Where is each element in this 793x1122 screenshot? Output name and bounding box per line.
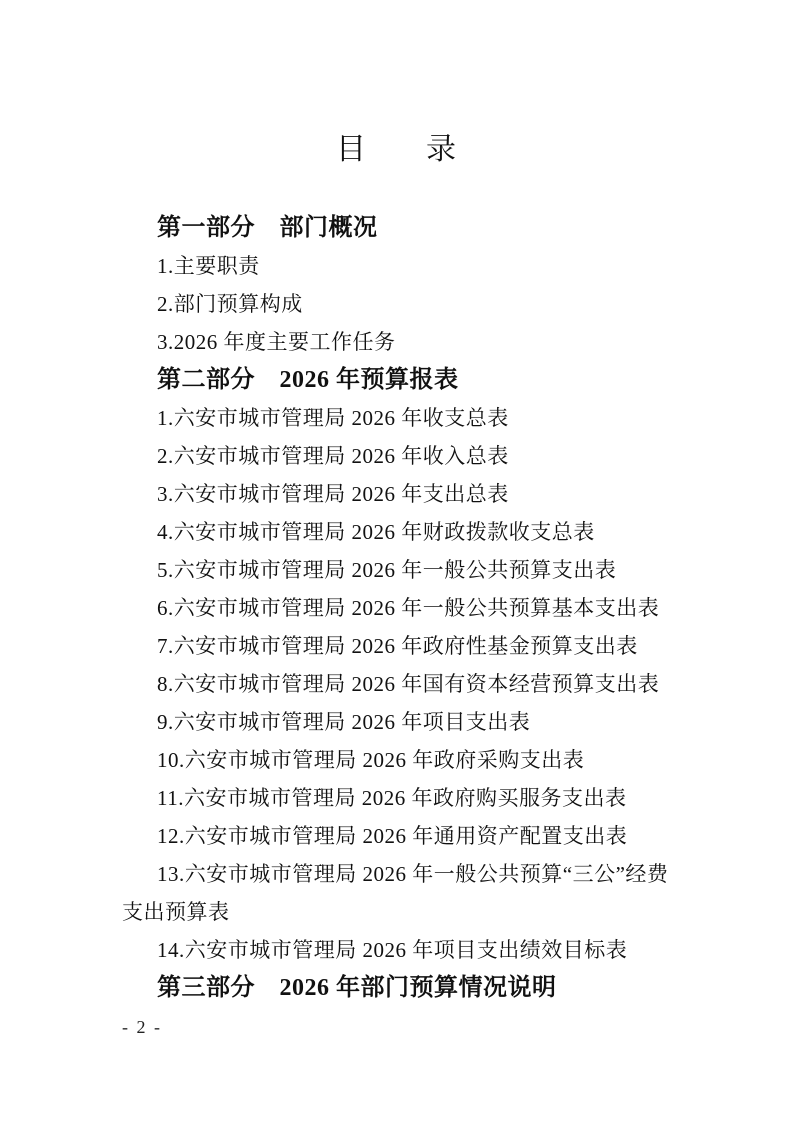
toc-item-part1-2: 2.部门预算构成 xyxy=(122,285,670,323)
toc-item-part2-13: 13.六安市城市管理局 2026 年一般公共预算“三公”经费支出预算表 xyxy=(122,855,670,931)
toc-item-part2-7: 7.六安市城市管理局 2026 年政府性基金预算支出表 xyxy=(122,627,670,665)
toc-item-part2-10: 10.六安市城市管理局 2026 年政府采购支出表 xyxy=(122,741,670,779)
page-number: - 2 - xyxy=(122,1016,162,1038)
toc-item-part2-4: 4.六安市城市管理局 2026 年财政拨款收支总表 xyxy=(122,513,670,551)
toc-item-part1-1: 1.主要职责 xyxy=(122,247,670,285)
document-page: 目 录 第一部分 部门概况 1.主要职责 2.部门预算构成 3.2026 年度主… xyxy=(0,0,793,1122)
toc-item-part2-11: 11.六安市城市管理局 2026 年政府购买服务支出表 xyxy=(122,779,670,817)
section-heading-part3: 第三部分 2026 年部门预算情况说明 xyxy=(122,969,670,1007)
toc-item-part2-1: 1.六安市城市管理局 2026 年收支总表 xyxy=(122,399,670,437)
toc-item-part2-14: 14.六安市城市管理局 2026 年项目支出绩效目标表 xyxy=(122,931,670,969)
section-heading-part2: 第二部分 2026 年预算报表 xyxy=(122,361,670,399)
toc-content: 目 录 第一部分 部门概况 1.主要职责 2.部门预算构成 3.2026 年度主… xyxy=(122,0,670,1007)
toc-item-part2-9: 9.六安市城市管理局 2026 年项目支出表 xyxy=(122,703,670,741)
toc-item-part2-8: 8.六安市城市管理局 2026 年国有资本经营预算支出表 xyxy=(122,665,670,703)
toc-item-part2-6: 6.六安市城市管理局 2026 年一般公共预算基本支出表 xyxy=(122,589,670,627)
toc-item-part2-5: 5.六安市城市管理局 2026 年一般公共预算支出表 xyxy=(122,551,670,589)
toc-item-part2-2: 2.六安市城市管理局 2026 年收入总表 xyxy=(122,437,670,475)
toc-item-part2-3: 3.六安市城市管理局 2026 年支出总表 xyxy=(122,475,670,513)
toc-item-part2-12: 12.六安市城市管理局 2026 年通用资产配置支出表 xyxy=(122,817,670,855)
section-heading-part1: 第一部分 部门概况 xyxy=(122,209,670,247)
toc-item-part1-3: 3.2026 年度主要工作任务 xyxy=(122,323,670,361)
page-title: 目 录 xyxy=(122,0,670,168)
